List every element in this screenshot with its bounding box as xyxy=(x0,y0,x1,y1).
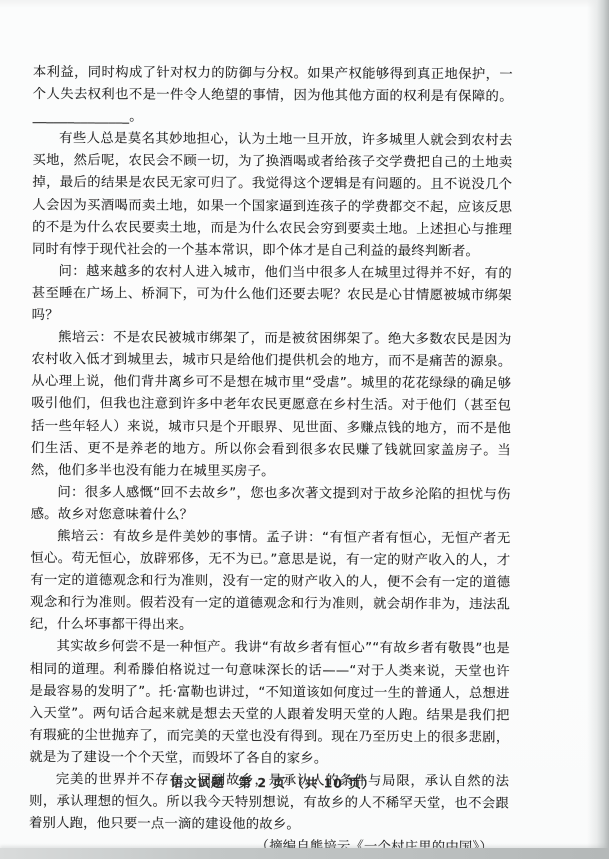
paragraph-land-worry: 有些人总是莫名其妙地担心，认为土地一旦开放，许多城里人就会到农村去买地，然后呢，… xyxy=(32,128,513,263)
scanned-exam-page: 本利益，同时构成了针对权力的防御与分权。如果产权能够得到真正地保护，一个人失去权… xyxy=(0,0,609,859)
scan-edge-right xyxy=(587,0,609,859)
paragraph-question-2: 问：很多人感慨“回不去故乡”，您也多次著文提到对于故乡沦陷的担忧与伤感。故乡对您… xyxy=(31,482,511,529)
scan-edge-top xyxy=(0,0,609,8)
exam-text-block: 本利益，同时构成了针对权力的防御与分权。如果产权能够得到真正地保护，一个人失去权… xyxy=(29,62,513,859)
paragraph-continuation-with-blank: 本利益，同时构成了针对权力的防御与分权。如果产权能够得到真正地保护，一个人失去权… xyxy=(33,62,513,131)
paragraph-answer-1: 熊培云：不是农民被城市绑架了，而是被贫困绑架了。绝大多数农民是因为农村收入低才到… xyxy=(31,327,512,484)
footer-subject-label: 语文试题 xyxy=(170,775,224,790)
paragraph-answer-2: 熊培云：有故乡是件美妙的事情。孟子讲：“有恒产者有恒心，无恒产者无恒心。苟无恒心… xyxy=(30,526,511,639)
footer-page-number: 第 2 页 （共 10 页） xyxy=(238,775,375,791)
paragraph-question-1: 问：越来越多的农村人进入城市，他们当中很多人在城里过得并不好，有的甚至睡在广场上… xyxy=(32,261,512,330)
paragraph-hometown-heritage: 其实故乡何尝不是一种恒产。我讲“有故乡者有恒心”“有故乡者有敬畏”也是相同的道理… xyxy=(29,636,510,771)
page-footer: 语文试题第 2 页 （共 10 页） xyxy=(33,772,513,793)
scan-edge-bottom xyxy=(0,848,609,859)
